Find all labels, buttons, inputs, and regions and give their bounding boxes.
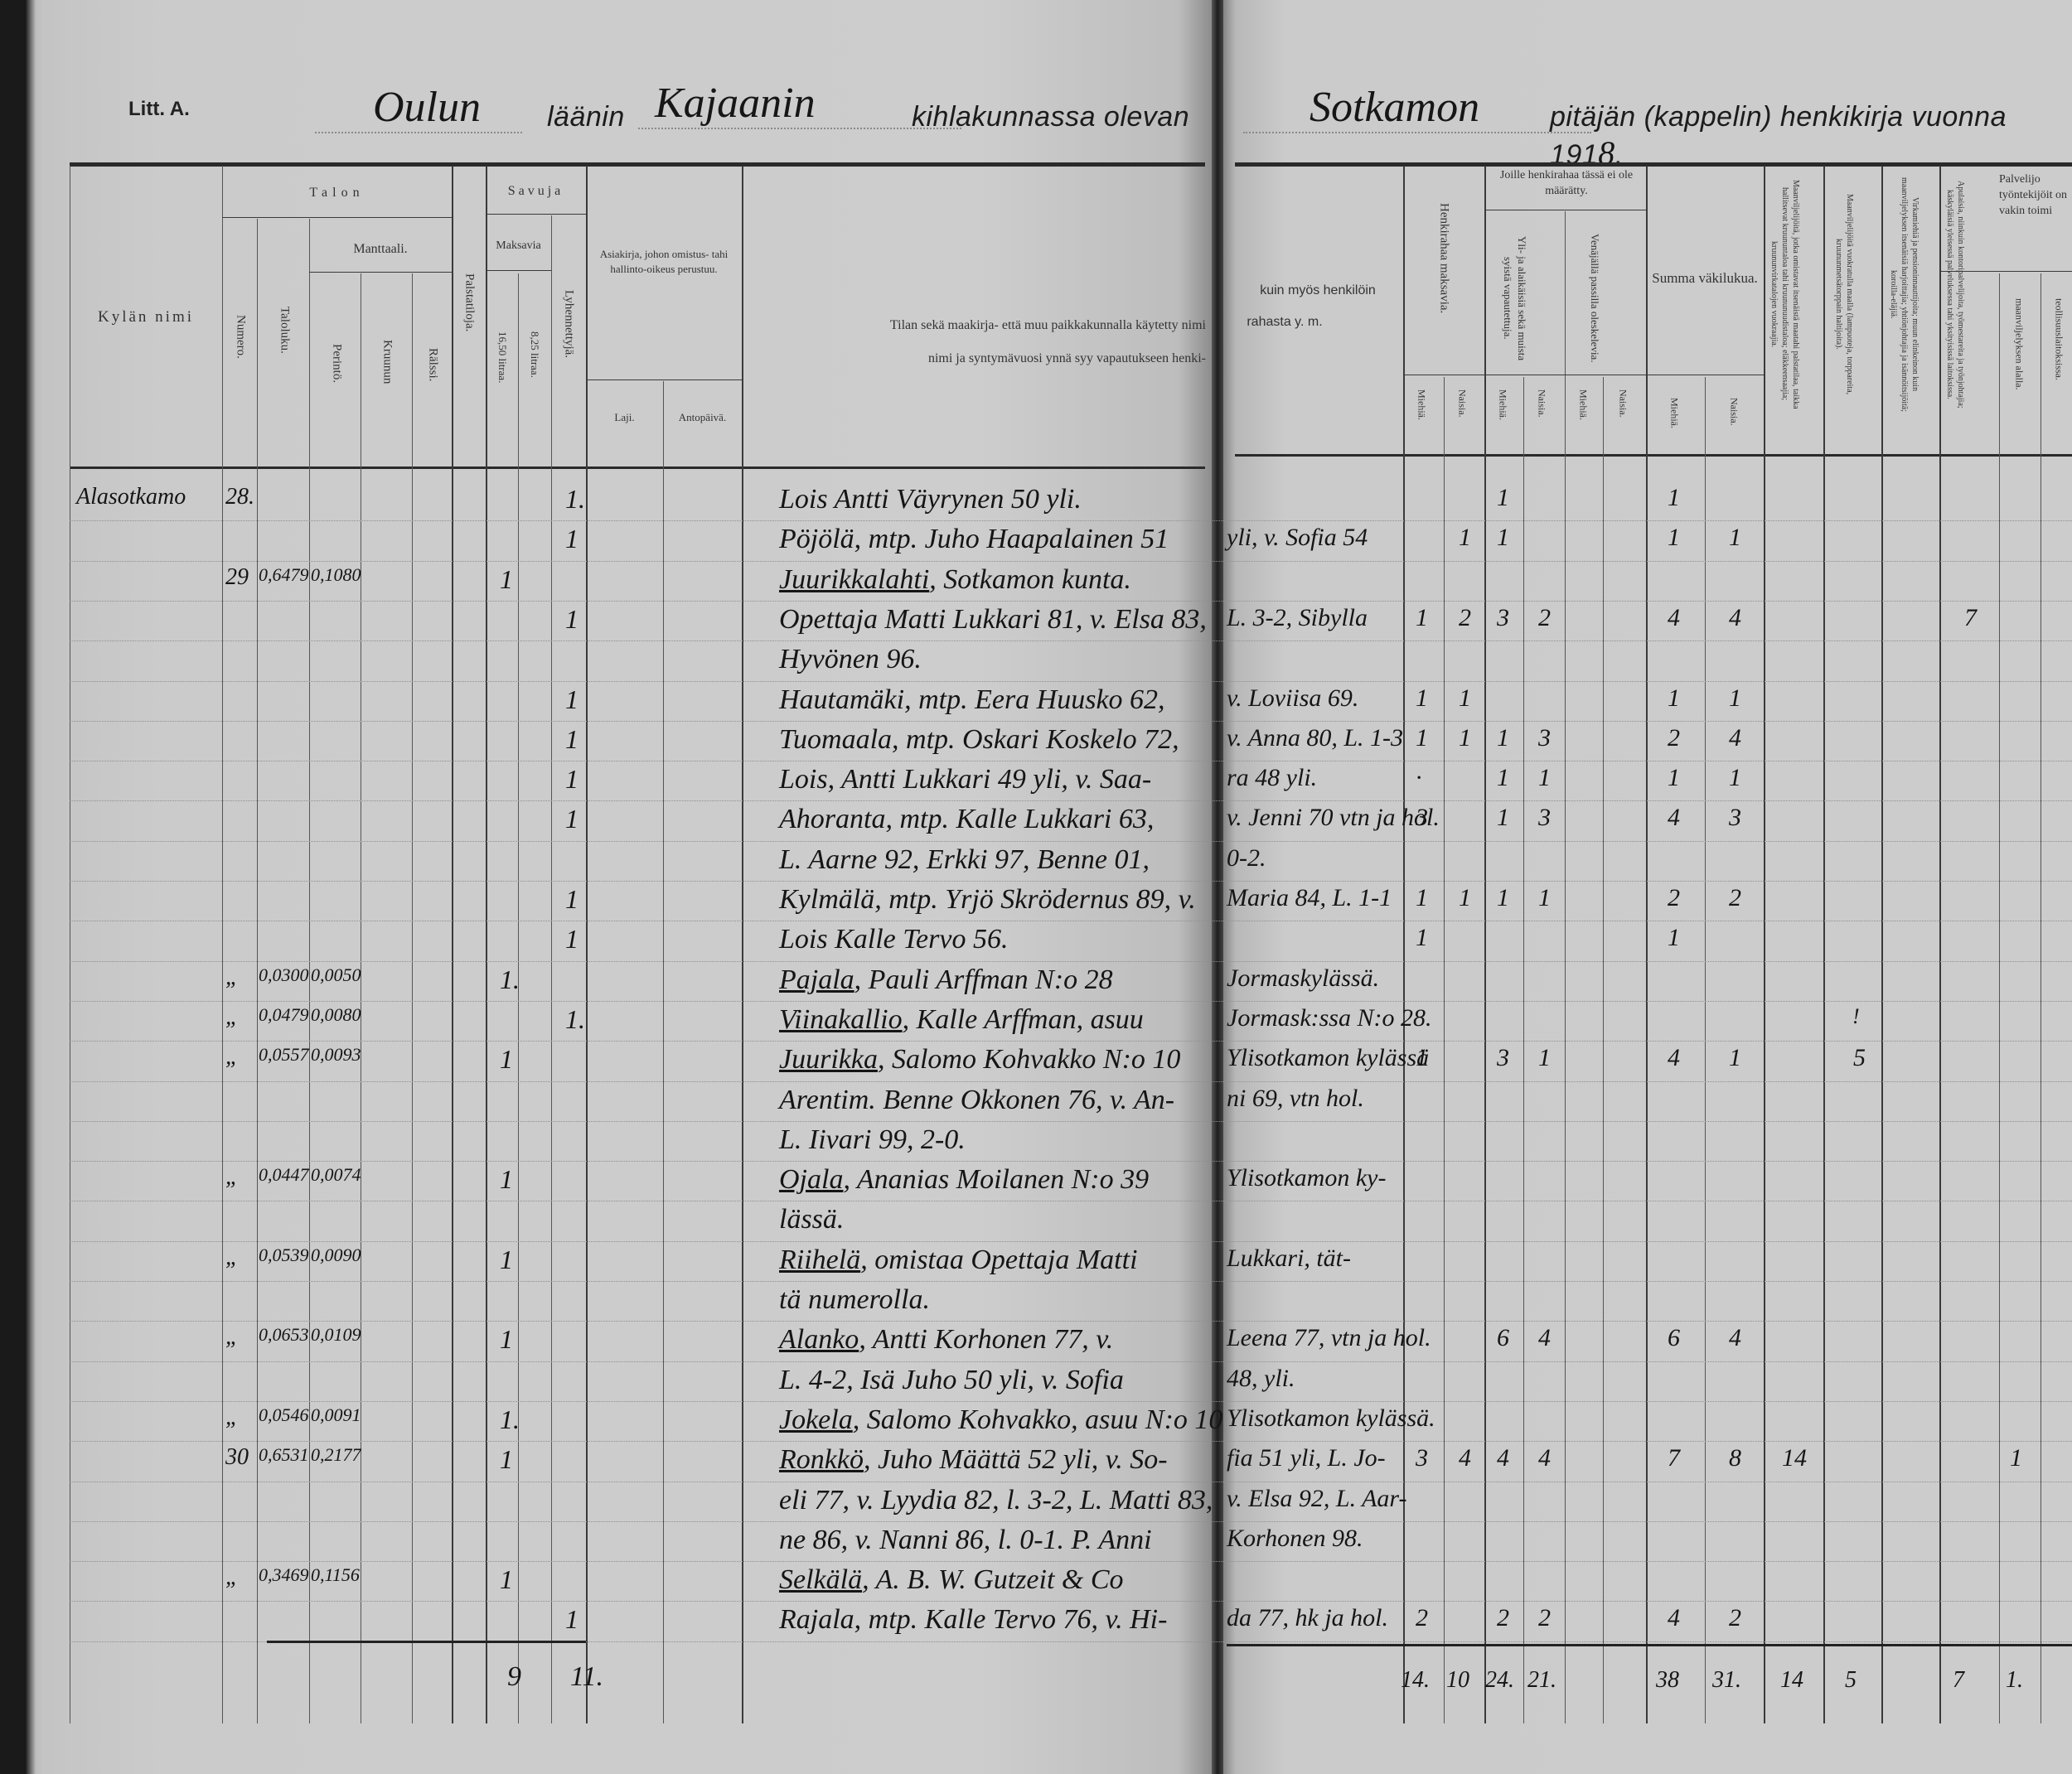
row-entry: Pajala, Pauli Arffman N:o 28 <box>779 964 1113 996</box>
col-line <box>1939 166 1941 1723</box>
top-rule-left <box>70 162 1205 167</box>
row-sn: 4 <box>1729 1324 1741 1352</box>
row-entry2: yli, v. Sofia 54 <box>1227 524 1368 552</box>
row-sn: 8 <box>1729 1444 1741 1472</box>
col-line <box>742 166 743 1723</box>
row-entry: Viinakallio, Kalle Arffman, asuu <box>779 1004 1144 1036</box>
row-entry: Hautamäki, mtp. Eera Huusko 62, <box>779 684 1165 716</box>
header-ym-miehia: Miehiä. <box>1496 389 1509 420</box>
row-ym: 1 <box>1497 524 1509 552</box>
row-guide-line <box>70 1401 2072 1402</box>
row-entry: tä numerolla. <box>779 1284 930 1316</box>
row-hm: 3 <box>1416 1444 1428 1472</box>
row-perinto: 0,0080 <box>311 1004 361 1026</box>
district-label: kihlakunnassa olevan <box>912 101 1189 133</box>
row-apulaisia: 7 <box>1964 604 1977 632</box>
row-sm: 1 <box>1668 684 1680 713</box>
row-numero: „ <box>225 1004 239 1031</box>
header-venajalla: Venäjällä passilla oleskelevia. <box>1587 232 1601 365</box>
row-taloluku: 0,0479 <box>259 1004 309 1026</box>
row-virkamiehia: 5 <box>1853 1044 1866 1072</box>
row-taloluku: 0,0300 <box>259 964 309 986</box>
row-maksavia16: 1 <box>500 564 513 595</box>
row-guide-line <box>70 1441 2072 1442</box>
row-guide-line <box>70 1321 2072 1322</box>
row-entry2: Lukkari, tät- <box>1227 1245 1351 1273</box>
asiakirja-sep <box>586 379 742 380</box>
row-yn: 1 <box>1538 1044 1551 1072</box>
row-entry2: Ylisotkamon ky- <box>1227 1164 1386 1192</box>
row-sm: 1 <box>1668 924 1680 952</box>
row-lyhennettyja: 1 <box>565 804 579 834</box>
row-lyhennettyja: 1 <box>565 604 579 635</box>
total-henkiraha-naisia: 10 <box>1446 1667 1469 1694</box>
row-taloluku: 0,0539 <box>259 1245 309 1266</box>
header-palstatiloja: Palstatiloja. <box>461 273 477 331</box>
row-hm: · <box>1416 764 1422 792</box>
row-lyhennettyja: 1 <box>565 764 579 795</box>
row-hm: 1 <box>1416 604 1428 632</box>
header-maanviljelyksen-alalla: maanviljelyksen alalla. <box>2012 298 2026 390</box>
savuja-sep <box>486 214 586 215</box>
row-guide-line <box>70 1241 2072 1242</box>
row-hm: 1 <box>1416 724 1428 752</box>
row-sm: 1 <box>1668 524 1680 552</box>
row-taloluku: 0,6531 <box>259 1444 309 1466</box>
row-sn: 1 <box>1729 1044 1741 1072</box>
col-line <box>663 381 664 1723</box>
total-summa-miehia: 38 <box>1656 1667 1679 1694</box>
row-entry: Lois Antti Väyrynen 50 yli. <box>779 484 1082 515</box>
row-yn: 4 <box>1538 1324 1551 1352</box>
col-line <box>1881 166 1883 1723</box>
header-taloluku: Taloluku. <box>276 307 293 354</box>
row-hn: 1 <box>1459 684 1471 713</box>
row-hn: 1 <box>1459 724 1471 752</box>
row-taloluku: 0,0557 <box>259 1044 309 1066</box>
row-entry2: Korhonen 98. <box>1227 1525 1363 1553</box>
header-lyhennettyja: Lyhennettyjä. <box>560 290 577 358</box>
row-sm: 6 <box>1668 1324 1680 1352</box>
row-guide-line <box>70 921 2072 921</box>
col-line <box>586 166 588 1723</box>
header-manttaali: Manttaali. <box>309 240 452 259</box>
row-maksavia16: 1 <box>500 1444 513 1475</box>
row-hm: 1 <box>1416 924 1428 952</box>
header-vm-miehia: Miehiä. <box>1576 389 1590 420</box>
col-line <box>2041 273 2041 1723</box>
row-maksavia16: 1. <box>500 1404 520 1435</box>
row-numero: „ <box>225 1404 239 1431</box>
row-taloluku: 0,0447 <box>259 1164 309 1186</box>
header-sn-naisia: Naisia. <box>1727 398 1740 426</box>
col-line <box>309 219 310 1723</box>
parish-handwritten: Sotkamon <box>1243 83 1591 133</box>
sex-sep <box>1403 375 1764 375</box>
row-perinto: 0,1080 <box>311 564 361 586</box>
row-entry2: Ylisotkamon kylässä. <box>1227 1404 1435 1433</box>
row-entry: Arentim. Benne Okkonen 76, v. An- <box>779 1085 1174 1116</box>
header-laji: Laji. <box>586 410 663 425</box>
manttaali-sep <box>309 272 452 273</box>
total-summa-naisia: 31. <box>1712 1667 1741 1694</box>
row-yn: 1 <box>1538 764 1551 792</box>
row-numero: „ <box>225 1324 239 1351</box>
row-entry: Kylmälä, mtp. Yrjö Skrödernus 89, v. <box>779 884 1196 916</box>
row-hm: 2 <box>1416 1604 1428 1632</box>
row-sm: 4 <box>1668 604 1680 632</box>
row-entry2: 0-2. <box>1227 844 1266 872</box>
totals-rule-right <box>1227 1644 2072 1646</box>
total-vapautetut-miehia: 24. <box>1485 1667 1514 1694</box>
row-entry2: Jormaskylässä. <box>1227 964 1379 993</box>
row-sn: 3 <box>1729 804 1741 832</box>
header-numero: Numero. <box>232 315 249 359</box>
header-litraa-8: 8,25 litraa. <box>527 331 541 378</box>
row-maksavia16: 1 <box>500 1324 513 1355</box>
row-entry: L. Iivari 99, 2-0. <box>779 1124 966 1156</box>
total-maksavia: 9 <box>507 1661 521 1693</box>
header-rahasta: rahasta y. m. <box>1235 313 1334 331</box>
row-guide-line <box>70 1561 2072 1562</box>
row-guide-line <box>70 1361 2072 1362</box>
row-guide-line <box>70 1041 2072 1042</box>
row-entry: Rajala, mtp. Kalle Tervo 76, v. Hi- <box>779 1604 1167 1636</box>
row-guide-line <box>70 841 2072 842</box>
row-numero: „ <box>225 964 239 991</box>
header-kruunun: Kruunun <box>379 340 395 384</box>
row-guide-line <box>70 1521 2072 1522</box>
row-vuokra: ! <box>1852 1004 1860 1029</box>
row-lyhennettyja: 1 <box>565 524 579 554</box>
row-guide-line <box>70 1601 2072 1602</box>
col-line <box>518 273 519 1723</box>
header-kuin: kuin myös henkilöin <box>1235 282 1401 300</box>
book-edge-left <box>25 0 43 1774</box>
row-numero: „ <box>225 1164 239 1191</box>
row-guide-line <box>70 681 2072 682</box>
top-rule-right <box>1235 162 2072 167</box>
row-entry2: v. Elsa 92, L. Aar- <box>1227 1485 1406 1513</box>
row-entry: Ronkkö, Juho Määttä 52 yli, v. So- <box>779 1444 1168 1476</box>
total-maanviljelijat-vuokra: 5 <box>1845 1667 1857 1694</box>
row-guide-line <box>70 721 2072 722</box>
row-numero: 28. <box>225 484 254 510</box>
row-hn: 2 <box>1459 604 1471 632</box>
row-ym: 3 <box>1497 604 1509 632</box>
col-line <box>1999 273 2000 1723</box>
row-guide-line <box>70 881 2072 882</box>
header-henkirahaa: Henkirahaa maksavia. <box>1435 203 1452 313</box>
header-maanviljelijoita-vuokra: Maanviljelijöitä vuokratulla maalla (lam… <box>1833 170 1855 418</box>
row-entry: Pöjölä, mtp. Juho Haapalainen 51 <box>779 524 1169 555</box>
row-hm: 1 <box>1416 1044 1428 1072</box>
row-ym: 2 <box>1497 1604 1509 1632</box>
row-lyhennettyja: 1 <box>565 884 579 915</box>
row-yn: 4 <box>1538 1444 1551 1472</box>
col-line <box>1764 166 1765 1723</box>
row-lyhennettyja: 1. <box>565 1004 585 1035</box>
row-sm: 7 <box>1668 1444 1680 1472</box>
header-hm-miehia: Miehiä. <box>1415 389 1428 420</box>
row-sn: 1 <box>1729 524 1741 552</box>
row-entry: Lois, Antti Lukkari 49 yli, v. Saa- <box>779 764 1151 795</box>
row-guide-line <box>70 1121 2072 1122</box>
joille-sep <box>1484 210 1646 210</box>
row-guide-line <box>70 1161 2072 1162</box>
row-entry: Ahoranta, mtp. Kalle Lukkari 63, <box>779 804 1154 835</box>
header-teollisuuslaitoksissa: teollisuuslaitoksissa. <box>2052 298 2065 380</box>
row-maksavia16: 1 <box>500 1044 513 1075</box>
row-entry2: 48, yli. <box>1227 1365 1295 1393</box>
row-sn: 4 <box>1729 604 1741 632</box>
row-entry2: Leena 77, vtn ja hol. <box>1227 1324 1431 1352</box>
total-apulaisia: 7 <box>1953 1667 1964 1694</box>
header-virkamiehia: Virkamiehiä ja pensioninnauttijoita; muu… <box>1888 170 1920 418</box>
row-perinto: 0,0074 <box>311 1164 361 1186</box>
row-entry2: ra 48 yli. <box>1227 764 1317 792</box>
header-maksavia: Maksavia <box>486 239 551 254</box>
row-entry2: Maria 84, L. 1-1 <box>1227 884 1392 912</box>
row-yn: 3 <box>1538 804 1551 832</box>
row-entry2: v. Loviisa 69. <box>1227 684 1358 713</box>
col-line <box>257 219 258 1723</box>
row-sm: 4 <box>1668 1044 1680 1072</box>
row-entry: Juurikka, Salomo Kohvakko N:o 10 <box>779 1044 1180 1076</box>
row-perinto: 0,0050 <box>311 964 361 986</box>
row-village: Alasotkamo <box>76 484 186 510</box>
row-entry2: v. Anna 80, L. 1-3 <box>1227 724 1403 752</box>
row-sn: 1 <box>1729 764 1741 792</box>
row-guide-line <box>70 800 2072 801</box>
totals-rule-left <box>267 1641 586 1643</box>
row-entry: Juurikkalahti, Sotkamon kunta. <box>779 564 1131 596</box>
header-summa: Summa väkilukua. <box>1646 269 1764 288</box>
row-entry: Opettaja Matti Lukkari 81, v. Elsa 83, <box>779 604 1207 636</box>
row-taloluku: 0,0653 <box>259 1324 309 1346</box>
row-yn: 3 <box>1538 724 1551 752</box>
row-perinto: 0,2177 <box>311 1444 361 1466</box>
total-lyhennettyja: 11. <box>570 1661 603 1693</box>
row-guide-line <box>70 1081 2072 1082</box>
total-maanviljelijat-omist: 14 <box>1780 1667 1803 1694</box>
header-village: Kylän nimi <box>70 307 222 328</box>
row-ym: 1 <box>1497 884 1509 912</box>
col-line <box>70 166 70 1723</box>
row-ym: 3 <box>1497 1044 1509 1072</box>
row-entry: Riihelä, omistaa Opettaja Matti <box>779 1245 1138 1276</box>
col-line <box>361 273 361 1723</box>
header-savuja: Savuja <box>486 182 586 201</box>
col-line <box>1823 166 1825 1723</box>
row-hm: 3 <box>1416 804 1428 832</box>
header-apulaisia: Apulaisia, niinkuin kontoripalvelijoita,… <box>1944 170 1966 418</box>
row-sm: 2 <box>1668 884 1680 912</box>
row-perinto: 0,0090 <box>311 1245 361 1266</box>
row-ym: 1 <box>1497 764 1509 792</box>
row-maksavia16: 1 <box>500 1164 513 1195</box>
province-handwritten: Oulun <box>315 83 522 133</box>
header-bottom-rule-left <box>70 466 1205 469</box>
row-yn: 1 <box>1538 884 1551 912</box>
row-taloluku: 0,3469 <box>259 1564 309 1586</box>
row-sm: 1 <box>1668 764 1680 792</box>
header-palvelijoita: Palvelijo työntekijöit on vakin toimi <box>1999 172 2072 220</box>
header-yn-naisia: Naisia. <box>1535 389 1548 418</box>
row-entry2: da 77, hk ja hol. <box>1227 1604 1388 1632</box>
row-guide-line <box>70 601 2072 602</box>
col-line <box>486 166 487 1723</box>
row-taloluku: 0,6479 <box>259 564 309 586</box>
row-lyhennettyja: 1. <box>565 484 585 515</box>
header-asiakirja: Asiakirja, johon omistus- tahi hallinto-… <box>590 247 738 276</box>
row-guide-line <box>70 520 2072 521</box>
row-entry: Selkälä, A. B. W. Gutzeit & Co <box>779 1564 1124 1596</box>
row-maksavia16: 1 <box>500 1245 513 1275</box>
row-guide-line <box>70 561 2072 562</box>
row-yn: 2 <box>1538 1604 1551 1632</box>
row-entry: eli 77, v. Lyydia 82, l. 3-2, L. Matti 8… <box>779 1485 1213 1516</box>
row-ym: 1 <box>1497 724 1509 752</box>
header-litraa-16: 16,50 litraa. <box>495 331 509 383</box>
row-perinto: 0,0109 <box>311 1324 361 1346</box>
row-guide-line <box>70 640 2072 641</box>
row-guide-line <box>70 1001 2072 1002</box>
col-line <box>222 166 223 1723</box>
col-line <box>1484 166 1486 1723</box>
header-joille: Joille henkirahaa tässä ei ole määrätty. <box>1488 168 1645 200</box>
header-vn-naisia: Naisia. <box>1616 389 1629 418</box>
row-sn: 4 <box>1729 724 1741 752</box>
row-entry: Lois Kalle Tervo 56. <box>779 924 1008 955</box>
row-numero: „ <box>225 1245 239 1271</box>
row-entry: L. Aarne 92, Erkki 97, Benne 01, <box>779 844 1150 876</box>
row-guide-line <box>70 1201 2072 1201</box>
row-sm: 2 <box>1668 724 1680 752</box>
row-hn: 1 <box>1459 884 1471 912</box>
maksavia-sep <box>486 270 551 271</box>
row-numero: „ <box>225 1044 239 1071</box>
total-vapautetut-naisia: 21. <box>1527 1667 1556 1694</box>
col-line <box>1646 166 1648 1723</box>
total-palvelijat-maanv: 1. <box>2006 1667 2023 1694</box>
row-entry2: L. 3-2, Sibylla <box>1227 604 1368 632</box>
province-label: läänin <box>547 101 625 133</box>
header-hn-naisia: Naisia. <box>1455 389 1469 418</box>
litt-label: Litt. A. <box>128 98 190 121</box>
header-sm-miehia: Miehiä. <box>1668 398 1681 428</box>
row-sn: 1 <box>1729 684 1741 713</box>
row-hm: 1 <box>1416 884 1428 912</box>
row-ym: 1 <box>1497 484 1509 512</box>
header-yli-ja-ala: Yli- ja alaikäisiä sekä muista syistä va… <box>1500 232 1528 365</box>
row-perinto: 0,0091 <box>311 1404 361 1426</box>
book-spine <box>1212 0 1223 1774</box>
row-entry2: fia 51 yli, L. Jo- <box>1227 1444 1386 1472</box>
row-guide-line <box>70 761 2072 761</box>
row-ym: 1 <box>1497 804 1509 832</box>
row-hn: 4 <box>1459 1444 1471 1472</box>
row-numero: „ <box>225 1564 239 1591</box>
row-entry2: Jormask:ssa N:o 28. <box>1227 1004 1432 1032</box>
row-ym: 4 <box>1497 1444 1509 1472</box>
row-entry: Hyvönen 96. <box>779 644 922 675</box>
row-lyhennettyja: 1 <box>565 684 579 715</box>
row-entry: Tuomaala, mtp. Oskari Koskelo 72, <box>779 724 1179 756</box>
row-maksavia16: 1 <box>500 1564 513 1595</box>
row-lyhennettyja: 1 <box>565 924 579 955</box>
row-palv-teoll: 1 <box>2010 1444 2022 1472</box>
row-entry: Ojala, Ananias Moilanen N:o 39 <box>779 1164 1149 1196</box>
row-sm: 1 <box>1668 484 1680 512</box>
row-lyhennettyja: 1 <box>565 724 579 755</box>
total-henkiraha-miehia: 14. <box>1401 1667 1430 1694</box>
talon-sep <box>222 217 452 218</box>
row-numero: 30 <box>225 1444 249 1471</box>
row-lyhennettyja: 1 <box>565 1604 579 1635</box>
row-entry2: Ylisotkamon kylässä <box>1227 1044 1429 1072</box>
row-ym: 6 <box>1497 1324 1509 1352</box>
header-talon: Talon <box>222 184 452 202</box>
row-sm: 4 <box>1668 804 1680 832</box>
row-guide-line <box>70 1482 2072 1482</box>
row-taloluku: 0,0546 <box>259 1404 309 1426</box>
row-sn: 2 <box>1729 884 1741 912</box>
row-entry: lässä. <box>779 1204 844 1235</box>
row-perinto: 0,1156 <box>311 1564 360 1586</box>
row-numero: 29 <box>225 564 249 591</box>
row-yn: 2 <box>1538 604 1551 632</box>
header-bottom-rule-right <box>1235 454 2072 457</box>
header-tilan-nimi-2: nimi ja syntymävuosi ynnä syy vapautukse… <box>750 350 1206 368</box>
col-line <box>452 166 453 1723</box>
row-maksavia16: 1. <box>500 964 520 995</box>
row-entry: L. 4-2, Isä Juho 50 yli, v. Sofia <box>779 1365 1124 1396</box>
row-entry: Alanko, Antti Korhonen 77, v. <box>779 1324 1113 1356</box>
col-line <box>551 215 552 1723</box>
row-entry2: v. Jenni 70 vtn ja hol. <box>1227 804 1440 832</box>
header-maanviljelijoita-omistavat: Maanviljelijöitä, jotka omistavat itsenä… <box>1769 170 1801 418</box>
header-tilan-nimi: Tilan sekä maakirja- että muu paikkakunn… <box>750 317 1206 335</box>
row-perinto: 0,0093 <box>311 1044 361 1066</box>
row-entry2: ni 69, vtn hol. <box>1227 1085 1364 1113</box>
row-hm: 1 <box>1416 684 1428 713</box>
header-perinto: Perintö. <box>328 344 345 383</box>
col-line <box>412 273 413 1723</box>
row-sn: 2 <box>1729 1604 1741 1632</box>
row-sm: 4 <box>1668 1604 1680 1632</box>
header-ralssi: Rälssi. <box>424 348 441 381</box>
row-entry: Jokela, Salomo Kohvakko, asuu N:o 10 <box>779 1404 1222 1436</box>
col-line <box>1565 211 1566 1723</box>
row-guide-line <box>70 961 2072 962</box>
row-hn: 1 <box>1459 524 1471 552</box>
row-guide-line <box>70 1281 2072 1282</box>
row-maanv-omist: 14 <box>1782 1444 1807 1472</box>
row-entry: ne 86, v. Nanni 86, l. 0-1. P. Anni <box>779 1525 1152 1556</box>
header-antopaiva: Antopäivä. <box>663 410 742 425</box>
